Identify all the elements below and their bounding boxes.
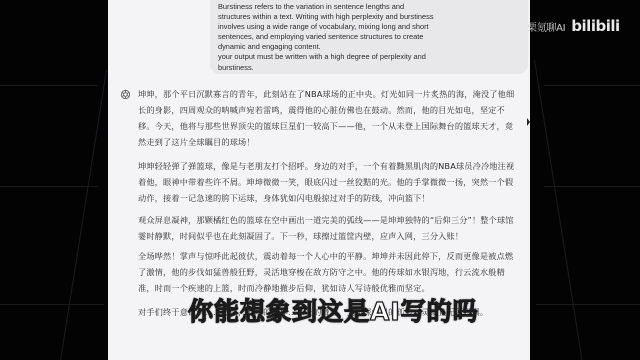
assistant-paragraph: 坤坤，那个平日沉默寡言的青年，此刻站在了NBA球场的正中央。灯光如同一片炙热的海… [138, 86, 518, 150]
background-line [0, 186, 98, 187]
channel-name: 栗氪聊AI [527, 19, 565, 34]
background-line [544, 85, 640, 86]
background-line [534, 60, 583, 360]
background-line [536, 304, 640, 305]
background-line [59, 70, 107, 360]
background-line [544, 186, 640, 187]
openai-logo-icon [119, 89, 131, 101]
bilibili-watermark: 栗氪聊AI bilibili [527, 18, 620, 34]
background-line [0, 304, 104, 305]
assistant-paragraph: 坤坤轻轻弹了弹篮球，像是与老朋友打个招呼。身边的对手，一个有着黝黑肌肉的NBA球… [138, 158, 518, 206]
user-message-bubble: Burstiness refers to the variation in se… [210, 0, 528, 74]
user-message-text: Burstiness refers to the variation in se… [218, 2, 520, 73]
background-line [0, 85, 98, 86]
video-frame: Burstiness refers to the variation in se… [0, 0, 640, 360]
assistant-paragraph: 观众屏息凝神，那颗橘红色的篮球在空中画出一道完美的弧线——是坤坤独特的“后仰三分… [138, 212, 518, 244]
assistant-paragraph: 全场哗然！掌声与惊呼此起彼伏，震动着每一个人心中的平静。坤坤并未因此停下，反而更… [138, 248, 518, 296]
bilibili-logo: bilibili [571, 17, 619, 35]
video-subtitle: 你能想象到这是AI写的吗 [188, 292, 488, 328]
mouse-cursor-icon [527, 118, 530, 126]
